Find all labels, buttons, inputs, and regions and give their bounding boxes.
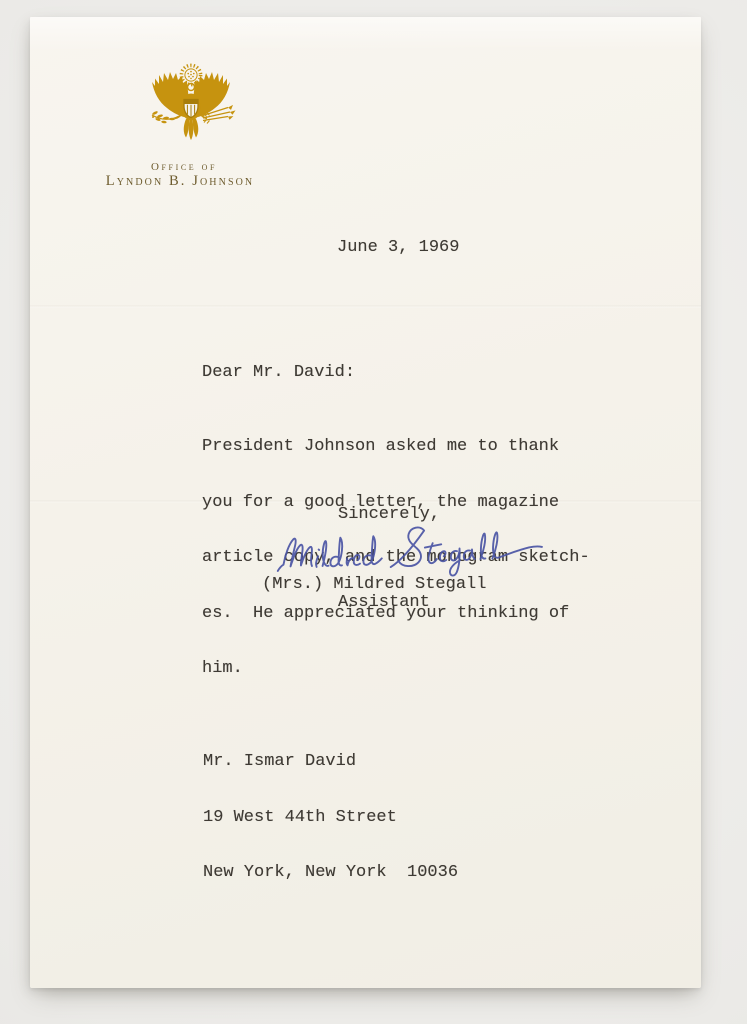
salutation: Dear Mr. David: — [202, 364, 355, 383]
typed-signer-title: Assistant — [338, 594, 430, 613]
recipient-city-line: New York, New York 10036 — [203, 864, 458, 883]
recipient-street: 19 West 44th Street — [203, 809, 458, 828]
paper-fold-crease — [30, 305, 701, 308]
recipient-address: Mr. Ismar David 19 West 44th Street New … — [203, 716, 458, 920]
letter-date: June 3, 1969 — [337, 239, 459, 258]
body-line: him. — [202, 660, 590, 679]
recipient-name: Mr. Ismar David — [203, 753, 458, 772]
presidential-eagle-seal-icon — [143, 61, 239, 153]
letterhead-name-line: Lyndon B. Johnson — [70, 173, 290, 190]
letterhead-office-line: Office of — [84, 161, 284, 173]
body-line: President Johnson asked me to thank — [202, 438, 590, 457]
typed-signer-name: (Mrs.) Mildred Stegall — [262, 576, 486, 595]
letter-paper: Office of Lyndon B. Johnson June 3, 1969… — [30, 17, 701, 988]
